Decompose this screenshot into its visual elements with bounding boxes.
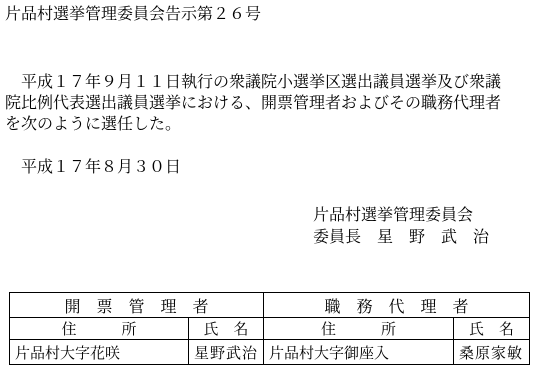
column-header-deputy-name: 氏 名 (454, 318, 530, 340)
column-header-deputy-address: 住 所 (264, 318, 454, 340)
body-line-1: 平成１７年９月１１日執行の衆議院小選挙区選出議員選挙及び衆議 (5, 72, 501, 93)
table-column-header-row: 住 所 氏 名 住 所 氏 名 (10, 318, 530, 340)
column-header-manager-name: 氏 名 (189, 318, 264, 340)
officials-table: 開 票 管 理 者 職 務 代 理 者 住 所 氏 名 住 所 氏 名 片品村大… (9, 292, 530, 365)
table-row: 片品村大字花咲 星野武治 片品村大字御座入 桑原家敏 (10, 340, 530, 365)
notice-number-title: 片品村選挙管理委員会告示第２６号 (5, 6, 261, 24)
cell-deputy-name: 桑原家敏 (454, 340, 530, 365)
body-line-3: を次のように選任した。 (5, 114, 501, 135)
notice-document-page: 片品村選挙管理委員会告示第２６号 平成１７年９月１１日執行の衆議院小選挙区選出議… (0, 0, 539, 386)
signature-block: 片品村選挙管理委員会 委員長 星 野 武 治 (313, 205, 489, 249)
signature-organization: 片品村選挙管理委員会 (313, 205, 489, 227)
cell-manager-name: 星野武治 (189, 340, 264, 365)
issue-date: 平成１７年８月３０日 (5, 159, 181, 177)
cell-manager-address: 片品村大字花咲 (10, 340, 189, 365)
table-group-header-row: 開 票 管 理 者 職 務 代 理 者 (10, 293, 530, 318)
signature-chairman: 委員長 星 野 武 治 (313, 227, 489, 249)
cell-deputy-address: 片品村大字御座入 (264, 340, 454, 365)
column-header-manager-address: 住 所 (10, 318, 189, 340)
group-header-deputy: 職 務 代 理 者 (264, 293, 530, 318)
body-paragraph: 平成１７年９月１１日執行の衆議院小選挙区選出議員選挙及び衆議 院比例代表選出議員… (5, 72, 501, 135)
group-header-ballot-manager: 開 票 管 理 者 (10, 293, 264, 318)
body-line-2: 院比例代表選出議員選挙における、開票管理者およびその職務代理者 (5, 93, 501, 114)
